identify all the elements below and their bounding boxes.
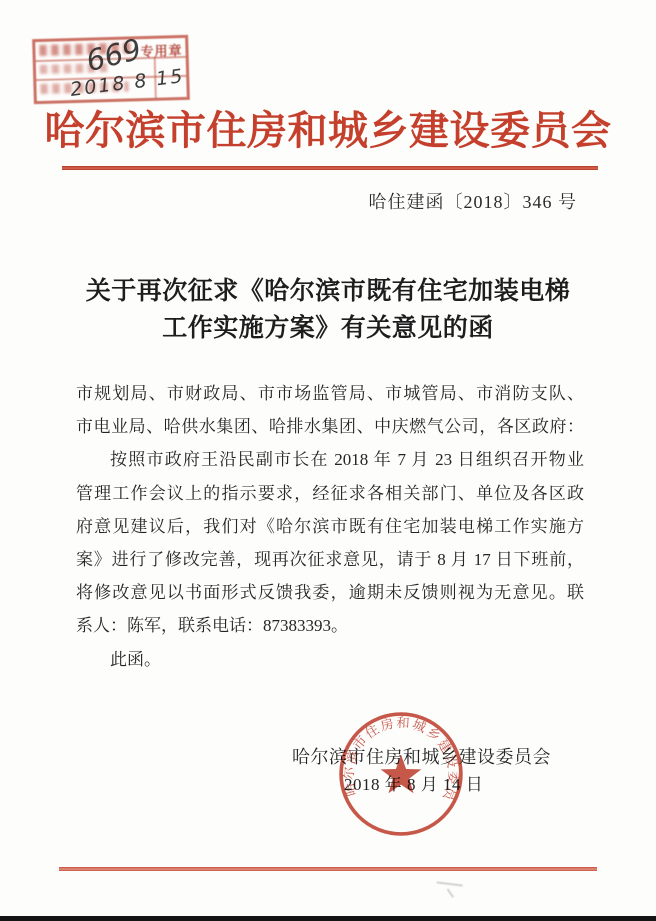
document-title: 关于再次征求《哈尔滨市既有住宅加装电梯 工作实施方案》有关意见的函	[0, 273, 656, 347]
body-line: 系人：陈军，联系电话：87383393。	[76, 609, 584, 642]
body-line: 案》进行了修改完善，现再次征求意见，请于 8 月 17 日下班前，	[76, 543, 584, 576]
letterhead-org-name: 哈尔滨市住房和城乡建设委员会	[0, 99, 656, 156]
body-line: 市规划局、市财政局、市市场监管局、市城管局、市消防支队、	[76, 377, 584, 410]
body-line: 管理工作会议上的指示要求，经征求各相关部门、单位及各区政	[76, 477, 584, 510]
body-text: 市规划局、市财政局、市市场监管局、市城管局、市消防支队、 市电业局、哈供水集团、…	[76, 377, 584, 676]
body-line: 按照市政府王沿民副市长在 2018 年 7 月 23 日组织召开物业	[76, 443, 584, 476]
scanned-document-page: 专用章 669 2018 8 15 哈尔滨市住房和城乡建设委员会 哈住建函〔20…	[0, 0, 656, 921]
document-title-line1: 关于再次征求《哈尔滨市既有住宅加装电梯	[0, 273, 656, 310]
seal-text: 哈尔滨市住房和城乡建设委员会	[336, 709, 461, 804]
body-line: 此函。	[76, 643, 584, 676]
document-number: 哈住建函〔2018〕346 号	[0, 188, 577, 214]
body-line: 将修改意见以书面形式反馈我委，逾期未反馈则视为无意见。联	[76, 576, 584, 609]
footer-rule	[59, 867, 597, 871]
star-icon	[381, 755, 422, 794]
official-seal: 哈尔滨市住房和城乡建设委员会	[336, 709, 466, 839]
scan-edge	[0, 916, 656, 921]
receipt-stamp-text: 专用章	[140, 40, 183, 60]
body-line: 市电业局、哈供水集团、哈排水集团、中庆燃气公司，各区政府：	[76, 410, 584, 443]
svg-text:哈尔滨市住房和城乡建设委员会: 哈尔滨市住房和城乡建设委员会	[336, 709, 461, 804]
document-title-line2: 工作实施方案》有关意见的函	[0, 310, 656, 347]
scan-artifact	[437, 875, 464, 886]
letterhead-rule	[62, 166, 598, 170]
body-line: 府意见建议后，我们对《哈尔滨市既有住宅加装电梯工作实施方	[76, 510, 584, 543]
scan-artifact	[447, 886, 458, 898]
